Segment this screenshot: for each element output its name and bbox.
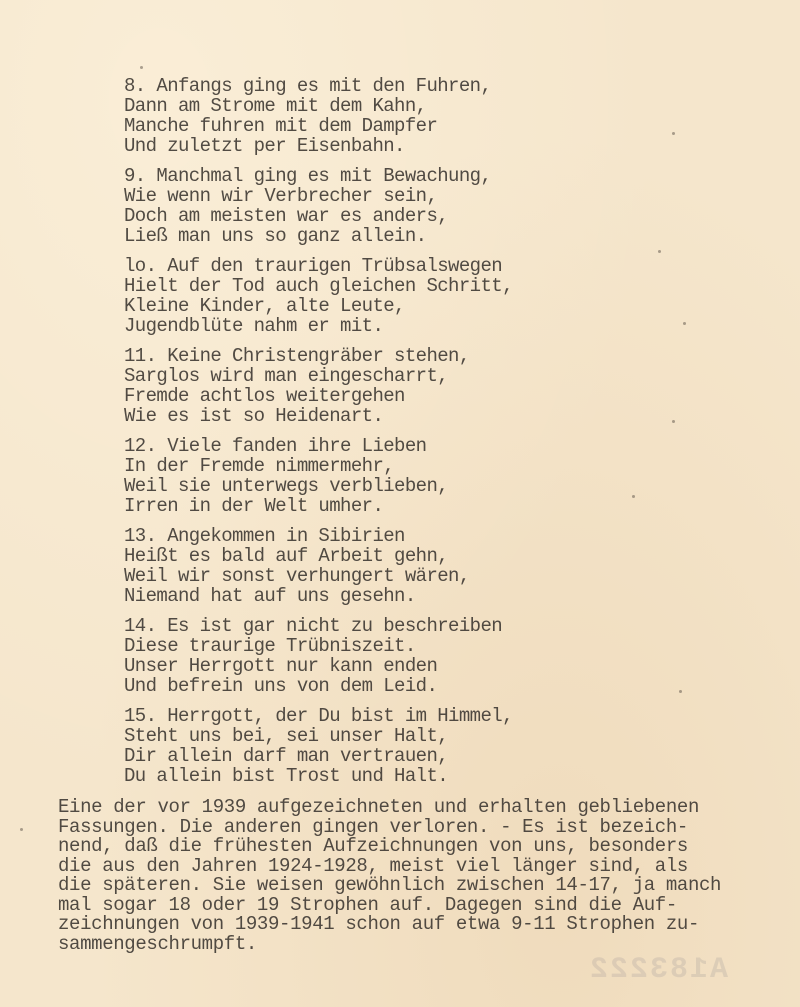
- paper-speck: [672, 132, 675, 135]
- poem-line: Niemand hat auf uns gesehn.: [124, 586, 594, 606]
- paper-speck: [20, 828, 23, 831]
- poem-line: Fremde achtlos weitergehen: [124, 386, 594, 406]
- stanza-13: 13. Angekommen in Sibirien Heißt es bald…: [124, 526, 594, 606]
- paper-speck: [658, 250, 661, 253]
- paper-speck: [632, 495, 635, 498]
- poem-line: 11. Keine Christengräber stehen,: [124, 346, 594, 366]
- note-line: Eine der vor 1939 aufgezeichneten und er…: [58, 798, 800, 818]
- stanza-11: 11. Keine Christengräber stehen, Sarglos…: [124, 346, 594, 426]
- poem-line: lo. Auf den traurigen Trübsalswegen: [124, 256, 594, 276]
- poem-line: 13. Angekommen in Sibirien: [124, 526, 594, 546]
- poem-line: 12. Viele fanden ihre Lieben: [124, 436, 594, 456]
- poem-line: Und zuletzt per Eisenbahn.: [124, 136, 594, 156]
- poem-line: Kleine Kinder, alte Leute,: [124, 296, 594, 316]
- poem-line: In der Fremde nimmermehr,: [124, 456, 594, 476]
- poem-line: Unser Herrgott nur kann enden: [124, 656, 594, 676]
- stanza-14: 14. Es ist gar nicht zu beschreiben Dies…: [124, 616, 594, 696]
- paper-speck: [679, 690, 682, 693]
- poem-line: Dir allein darf man vertrauen,: [124, 746, 594, 766]
- note-line: zeichnungen von 1939-1941 schon auf etwa…: [58, 915, 800, 935]
- note-line: nend, daß die frühesten Aufzeichnungen v…: [58, 837, 800, 857]
- bleed-through-stamp: A183222: [588, 953, 728, 987]
- poem-line: 15. Herrgott, der Du bist im Himmel,: [124, 706, 594, 726]
- poem-line: Sarglos wird man eingescharrt,: [124, 366, 594, 386]
- poem-line: Weil wir sonst verhungert wären,: [124, 566, 594, 586]
- poem-line: Ließ man uns so ganz allein.: [124, 226, 594, 246]
- poem-line: Wie es ist so Heidenart.: [124, 406, 594, 426]
- poem-line: 14. Es ist gar nicht zu beschreiben: [124, 616, 594, 636]
- poem-body: 8. Anfangs ging es mit den Fuhren, Dann …: [124, 76, 594, 796]
- poem-line: Heißt es bald auf Arbeit gehn,: [124, 546, 594, 566]
- poem-line: 8. Anfangs ging es mit den Fuhren,: [124, 76, 594, 96]
- note-line: die späteren. Sie weisen gewöhnlich zwis…: [58, 876, 800, 896]
- poem-line: 9. Manchmal ging es mit Bewachung,: [124, 166, 594, 186]
- stanza-10: lo. Auf den traurigen Trübsalswegen Hiel…: [124, 256, 594, 336]
- paper-speck: [683, 322, 686, 325]
- stanza-9: 9. Manchmal ging es mit Bewachung, Wie w…: [124, 166, 594, 246]
- poem-line: Hielt der Tod auch gleichen Schritt,: [124, 276, 594, 296]
- poem-line: Du allein bist Trost und Halt.: [124, 766, 594, 786]
- poem-line: Steht uns bei, sei unser Halt,: [124, 726, 594, 746]
- stanza-15: 15. Herrgott, der Du bist im Himmel, Ste…: [124, 706, 594, 786]
- poem-line: Diese traurige Trübniszeit.: [124, 636, 594, 656]
- poem-line: Doch am meisten war es anders,: [124, 206, 594, 226]
- poem-line: Jugendblüte nahm er mit.: [124, 316, 594, 336]
- editorial-note: Eine der vor 1939 aufgezeichneten und er…: [58, 798, 800, 954]
- poem-line: Dann am Strome mit dem Kahn,: [124, 96, 594, 116]
- poem-line: Irren in der Welt umher.: [124, 496, 594, 516]
- typewritten-page: 8. Anfangs ging es mit den Fuhren, Dann …: [0, 0, 800, 1007]
- stanza-12: 12. Viele fanden ihre Lieben In der Frem…: [124, 436, 594, 516]
- poem-line: Manche fuhren mit dem Dampfer: [124, 116, 594, 136]
- poem-line: Wie wenn wir Verbrecher sein,: [124, 186, 594, 206]
- paper-speck: [672, 420, 675, 423]
- poem-line: Und befrein uns von dem Leid.: [124, 676, 594, 696]
- paper-speck: [140, 66, 143, 69]
- note-line: sammengeschrumpft.: [58, 935, 800, 955]
- poem-line: Weil sie unterwegs verblieben,: [124, 476, 594, 496]
- stanza-8: 8. Anfangs ging es mit den Fuhren, Dann …: [124, 76, 594, 156]
